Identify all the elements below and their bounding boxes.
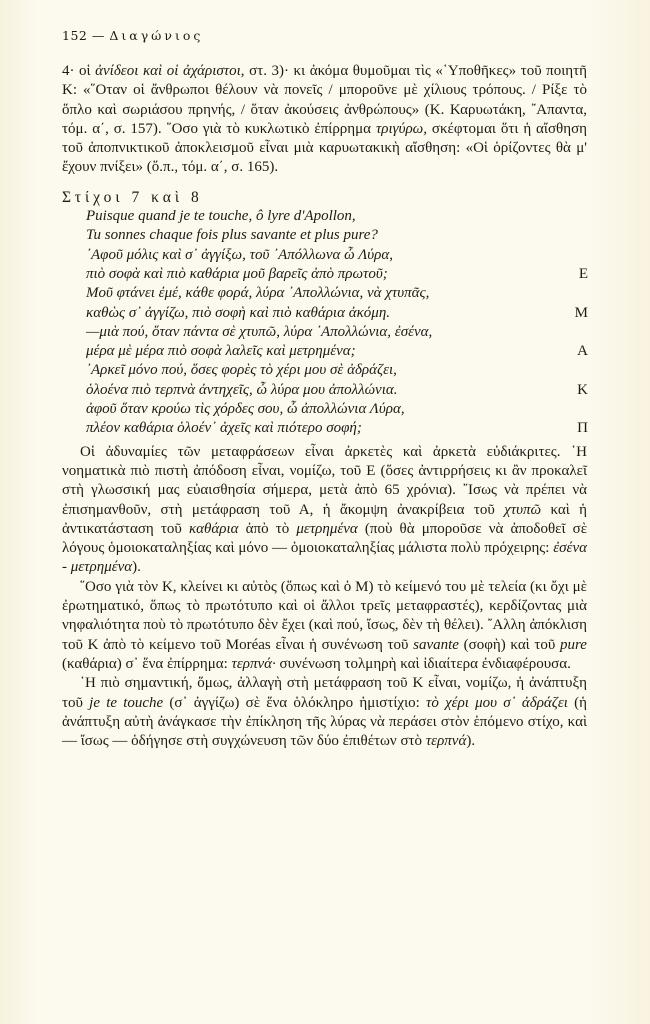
- verse-text: μέρα μὲ μέρα πιὸ σοφὰ λαλεῖς καὶ μετρημέ…: [86, 343, 356, 359]
- italic-run: τὸ χέρι μου σ᾿ ἀδράζει: [426, 695, 568, 711]
- text-run: 4· οἱ: [62, 63, 95, 79]
- verse-text: καθὼς σ᾿ ἀγγίζω, πιὸ σοφὴ καὶ πιὸ καθάρι…: [86, 305, 390, 321]
- journal-title: Διαγώνιος: [109, 28, 203, 43]
- verse-block: Puisque quand je te touche, ô lyre d'Apo…: [86, 207, 587, 439]
- italic-run: τερπνά: [426, 733, 467, 749]
- italic-run: je te touche: [89, 695, 163, 711]
- italic-run: ἀνίδεοι καὶ οἱ ἀχάριστοι,: [95, 63, 244, 79]
- book-page: 152 — Διαγώνιος 4· οἱ ἀνίδεοι καὶ οἱ ἀχά…: [0, 0, 650, 1024]
- verse-line: πλέον καθάρια ὁλοέν᾿ ἀχεῖς καὶ πιότερο σ…: [86, 419, 587, 438]
- text-run: συνένωση τολμηρὴ καὶ ἰδιαίτερα ἐνδιαφέρο…: [276, 656, 571, 672]
- italic-run: μετρημένα: [296, 521, 357, 537]
- text-run: (σοφὴ) καὶ τοῦ: [459, 637, 560, 653]
- translator-tag: Μ: [575, 304, 588, 323]
- verse-text: πλέον καθάρια ὁλοέν᾿ ἀχεῖς καὶ πιότερο σ…: [86, 420, 362, 436]
- text-run: (σ᾿ ἀγγίζω) σὲ ἕνα ὁλόκληρο ἡμιστίχιο:: [163, 695, 426, 711]
- paragraph-3: ῞Οσο γιὰ τὸν Κ, κλείνει κι αὐτὸς (ὅπως κ…: [62, 578, 587, 674]
- italic-run: χτυπῶ: [504, 502, 541, 518]
- verse-text: πιὸ σοφὰ καὶ πιὸ καθάρια μοῦ βαρεῖς ἀπὸ …: [86, 266, 388, 282]
- verse-text: —μιὰ πού, ὅταν πάντα σὲ χτυπῶ, λύρα ᾿Απο…: [86, 324, 432, 340]
- verse-text: ἀφοῦ ὅταν κρούω τὶς χόρδες σου, ὦ ἀπολλώ…: [86, 401, 405, 417]
- verse-text: ὁλοένα πιὸ τερπνὰ ἀντηχεῖς, ὦ λύρα μου ἀ…: [86, 382, 398, 398]
- italic-run: τερπνά·: [232, 656, 276, 672]
- paragraph-1: 4· οἱ ἀνίδεοι καὶ οἱ ἀχάριστοι, στ. 3)· …: [62, 62, 587, 178]
- verse-line: ᾿Αφοῦ μόλις καὶ σ᾿ ἀγγίξω, τοῦ ᾿Απόλλωνα…: [86, 246, 587, 265]
- verse-line: ἀφοῦ ὅταν κρούω τὶς χόρδες σου, ὦ ἀπολλώ…: [86, 400, 587, 419]
- translator-tag: Κ: [577, 381, 588, 400]
- translator-tag: Α: [577, 342, 588, 361]
- verse-line: καθὼς σ᾿ ἀγγίζω, πιὸ σοφὴ καὶ πιὸ καθάρι…: [86, 304, 587, 323]
- verse-text: Μοῦ φτάνει ἐμέ, κάθε φορά, λύρα ᾿Απολλών…: [86, 285, 429, 301]
- verse-line-original: Puisque quand je te touche, ô lyre d'Apo…: [86, 207, 587, 226]
- verse-line: μέρα μὲ μέρα πιὸ σοφὰ λαλεῖς καὶ μετρημέ…: [86, 342, 587, 361]
- verse-line-original: Tu sonnes chaque fois plus savante et pl…: [86, 226, 587, 245]
- section-heading: Στίχοι 7 καὶ 8: [62, 188, 587, 207]
- translator-tag: Ε: [579, 265, 588, 284]
- paragraph-2: Οἱ ἀδυναμίες τῶν μεταφράσεων εἶναι ἀρκετ…: [62, 443, 587, 578]
- verse-line: πιὸ σοφὰ καὶ πιὸ καθάρια μοῦ βαρεῖς ἀπὸ …: [86, 265, 587, 284]
- verse-text: ᾿Αρκεῖ μόνο πού, ὅσες φορὲς τὸ χέρι μου …: [86, 362, 397, 378]
- running-head-dash: —: [92, 28, 105, 43]
- paragraph-4: ῾Η πιὸ σημαντική, ὅμως, ἀλλαγὴ στὴ μετάφ…: [62, 674, 587, 751]
- verse-text: Puisque quand je te touche, ô lyre d'Apo…: [86, 208, 356, 224]
- text-run: ).: [466, 733, 475, 749]
- verse-line: —μιὰ πού, ὅταν πάντα σὲ χτυπῶ, λύρα ᾿Απο…: [86, 323, 587, 342]
- verse-text: Tu sonnes chaque fois plus savante et pl…: [86, 227, 378, 243]
- text-run: ἀπὸ τὸ: [239, 521, 297, 537]
- text-run: ).: [132, 559, 141, 575]
- verse-line: ὁλοένα πιὸ τερπνὰ ἀντηχεῖς, ὦ λύρα μου ἀ…: [86, 381, 587, 400]
- page-number: 152: [62, 28, 87, 43]
- verse-text: ᾿Αφοῦ μόλις καὶ σ᾿ ἀγγίξω, τοῦ ᾿Απόλλωνα…: [86, 247, 393, 263]
- italic-run: savante: [413, 637, 459, 653]
- verse-line: Μοῦ φτάνει ἐμέ, κάθε φορά, λύρα ᾿Απολλών…: [86, 284, 587, 303]
- italic-run: τριγύρω,: [376, 121, 427, 137]
- page-body: 4· οἱ ἀνίδεοι καὶ οἱ ἀχάριστοι, στ. 3)· …: [62, 62, 587, 751]
- italic-run: καθάρια: [189, 521, 239, 537]
- translator-tag: Π: [577, 419, 588, 438]
- italic-run: pure: [560, 637, 587, 653]
- running-head: 152 — Διαγώνιος: [62, 28, 203, 43]
- text-run: (καθάρια) σ᾿ ἕνα ἐπίρρημα:: [62, 656, 232, 672]
- verse-line: ᾿Αρκεῖ μόνο πού, ὅσες φορὲς τὸ χέρι μου …: [86, 361, 587, 380]
